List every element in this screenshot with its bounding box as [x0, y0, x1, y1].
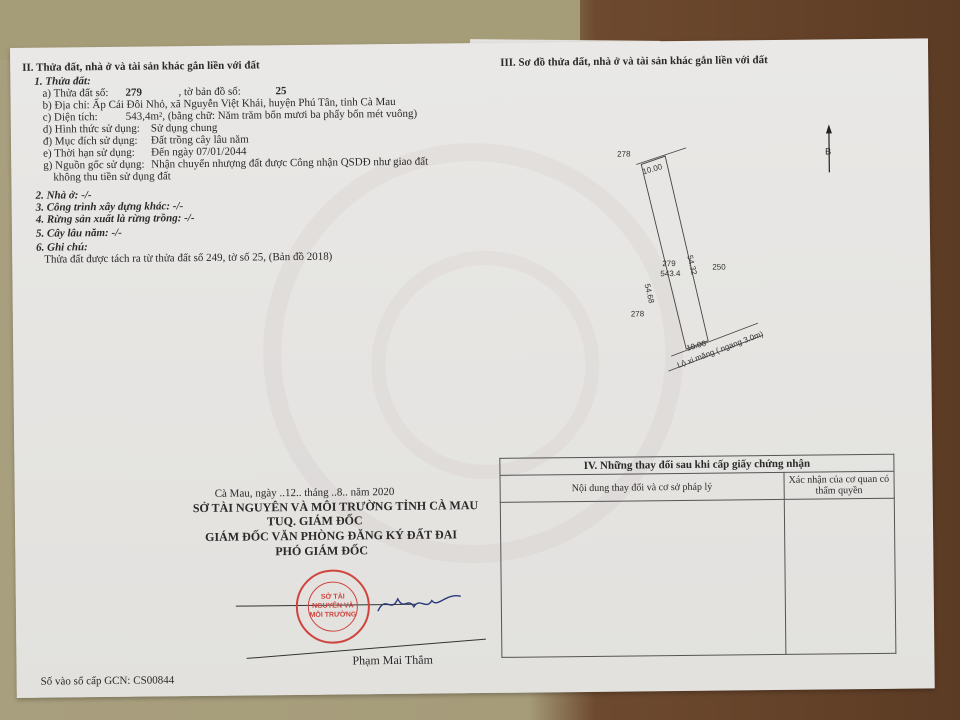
changes-cell-confirm — [784, 498, 896, 654]
origin-value-cont: không thu tiền sử dụng đất — [53, 170, 171, 184]
svg-text:278: 278 — [617, 150, 631, 159]
svg-text:54.68: 54.68 — [643, 283, 657, 305]
svg-text:B: B — [825, 146, 831, 156]
changes-col-confirm: Xác nhận của cơ quan có thẩm quyền — [784, 471, 895, 499]
signer-title: PHÓ GIÁM ĐỐC — [275, 544, 368, 558]
registry-number: Số vào sổ cấp GCN: CS00844 — [41, 674, 175, 688]
item-forest: 4. Rừng sản xuất là rừng trồng: -/- — [36, 212, 195, 227]
north-arrow-icon: B — [819, 124, 840, 179]
svg-text:278: 278 — [631, 309, 645, 318]
svg-text:54.32: 54.32 — [685, 254, 699, 276]
changes-col-content: Nội dung thay đổi và cơ sở pháp lý — [500, 472, 784, 502]
svg-text:279: 279 — [662, 259, 676, 268]
tuq-line: TUQ. GIÁM ĐỐC — [267, 514, 363, 528]
signer-name: Phạm Mai Thắm — [352, 654, 433, 668]
svg-text:250: 250 — [712, 263, 726, 272]
official-stamp: SỞ TÀI NGUYÊN VÀ MÔI TRƯỜNG — [295, 569, 370, 644]
changes-cell-content — [500, 499, 785, 657]
item-perennial: 5. Cây lâu năm: -/- — [36, 227, 122, 241]
section2-heading: II. Thửa đất, nhà ở và tài sản khác gắn … — [22, 59, 260, 74]
svg-text:10.00: 10.00 — [641, 162, 663, 176]
land-certificate-page: II. Thửa đất, nhà ở và tài sản khác gắn … — [10, 38, 935, 698]
office-line: GIÁM ĐỐC VĂN PHÒNG ĐĂNG KÝ ĐẤT ĐAI — [205, 528, 457, 544]
changes-table: IV. Những thay đổi sau khi cấp giấy chứn… — [499, 454, 896, 658]
svg-text:543.4: 543.4 — [660, 269, 681, 278]
section3-heading: III. Sơ đồ thửa đất, nhà ở và tài sản kh… — [500, 54, 768, 70]
parcel-sketch: 278 10.00 279 543.4 54.32 54.68 250 278 … — [581, 145, 784, 387]
handwritten-signature — [376, 588, 466, 624]
